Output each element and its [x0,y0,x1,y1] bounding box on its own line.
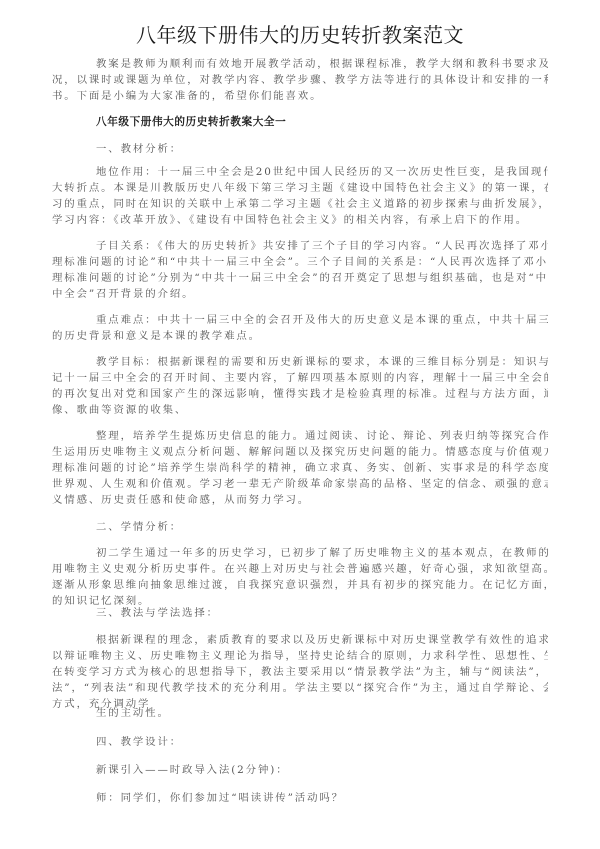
paragraph-line: 教学目标：根据新课程的需要和历史新课标的要求，本课的三维目标分别是：知识与能力方… [96,355,548,369]
paragraph-line: 大转折点。本课是川教版历史八年级下第三学习主题《建设中国特色社会主义》的第一课，… [52,181,548,195]
paragraph-line: 像、歌曲等资源的收集、 [52,403,548,417]
paragraph-line: 法”，“列表法”和现代教学技术的充分利用。学法主要以“探究合作”为主，通过自学辩… [52,681,548,695]
intro-line: 况，以课时或课题为单位，对教学内容、教学步骤、教学方法等进行的具体设计和安排的一… [52,73,548,87]
paragraph-line: 师：同学们，你们参加过“唱读讲传”活动吗？ [96,791,592,805]
section-heading: 四、教学设计： [96,735,592,749]
paragraph-line: 重点难点：中共十一届三中全的会召开及伟大的历史意义是本课的重点，中共十届三中全会… [96,313,548,327]
paragraph-line: 的历史背景和意义是本课的教学难点。 [52,329,548,343]
paragraph-line: 根据新课程的理念，素质教育的要求以及历史新课标中对历史课堂教学有效性的追求，历史… [96,633,548,647]
paragraph-line: 义情感、历史责任感和使命感，从而努力学习。 [52,493,548,507]
paragraph-line: 记十一届三中全会的召开时间、主要内容，了解四项基本原则的内容，理解十一届三中全会… [52,371,548,385]
paragraph-line: 生的主动性。 [96,706,592,720]
paragraph-line: 新课引入——时政导入法(2分钟)： [96,763,592,777]
paragraph-line: 的再次复出对党和国家产生的深远影响，懂得实践才是检验真理的标准。过程与方法方面，… [52,387,548,401]
intro-line: 教案是教师为顺利而有效地开展教学活动，根据课程标准，教学大纲和教科书要求及学生的… [96,57,548,71]
paragraph-line: 子目关系：《伟大的历史转折》共安排了三个子目的学习内容。“人民再次选择了邓小平”… [96,239,548,253]
paragraph-line: 世界观、人生观和价值观。学习老一辈无产阶级革命家崇高的品格、坚定的信念、顽强的意… [52,477,548,491]
page-title: 八年级下册伟大的历史转折教案范文 [0,22,600,48]
section-heading: 二、学情分析： [96,520,592,534]
paragraph-line: 整理，培养学生提炼历史信息的能力。通过阅读、讨论、辩论、列表归纳等探究合作形式，… [96,429,548,443]
section-heading: 一、教材分析： [96,142,592,156]
intro-line: 书。下面是小编为大家准备的，希望你们能喜欢。 [52,89,548,103]
paragraph-line: 理标准问题的讨论”培养学生崇尚科学的精神，确立求真、务实、创新、实事求是的科学态… [52,461,548,475]
section-subtitle: 八年级下册伟大的历史转折教案大全一 [96,115,592,129]
paragraph-line: 初二学生通过一年多的历史学习，已初步了解了历史唯物主义的基本观点，在教师的指导下… [96,546,548,560]
paragraph-line: 中全会”召开背景的介绍。 [52,287,548,301]
paragraph-line: 学习内容：《改革开放》、《建设有中国特色社会主义》的相关内容，有承上启下的作用。 [52,213,548,227]
paragraph-line: 地位作用：十一届三中全会是20世纪中国人民经历的又一次历史性巨变，是我国现代化建… [96,165,548,179]
paragraph-line: 逐渐从形象思维向抽象思维过渡，自我探究意识强烈，并具有初步的探究能力。在记忆方面… [52,578,548,592]
paragraph-line: 习的重点，同时在知识的关联中上承第二学习主题《社会主义道路的初步探索与曲折发展》… [52,197,548,211]
paragraph-line: 用唯物主义史观分析历史事件。在兴趣上对历史与社会普遍感兴趣，好奇心强，求知欲望高… [52,562,548,576]
document-page: 八年级下册伟大的历史转折教案范文 教案是教师为顺利而有效地开展教学活动，根据课程… [0,0,600,849]
paragraph-line: 理标准问题的讨论”和“中共十一届三中全会”。三个子目间的关系是：“人民再次选择了… [52,255,548,269]
paragraph-line: 理标准问题的讨论”分别为“中共十一届三中全会”的召开奠定了思想与组织基础，也是对… [52,271,548,285]
paragraph-line: 在转变学习方式为核心的思想指导下，教法主要采用以“情景教学法”为主，辅与“阅读法… [52,665,548,679]
paragraph-line: 以辩证唯物主义、历史唯物主义理论为指导，坚持史论结合的原则，力求科学性、思想性、… [52,649,548,663]
section-heading: 三、教法与学法选择： [96,606,592,620]
paragraph-line: 生运用历史唯物主义观点分析问题、解解问题以及探究历史问题的能力。情感态度与价值观… [52,445,548,459]
